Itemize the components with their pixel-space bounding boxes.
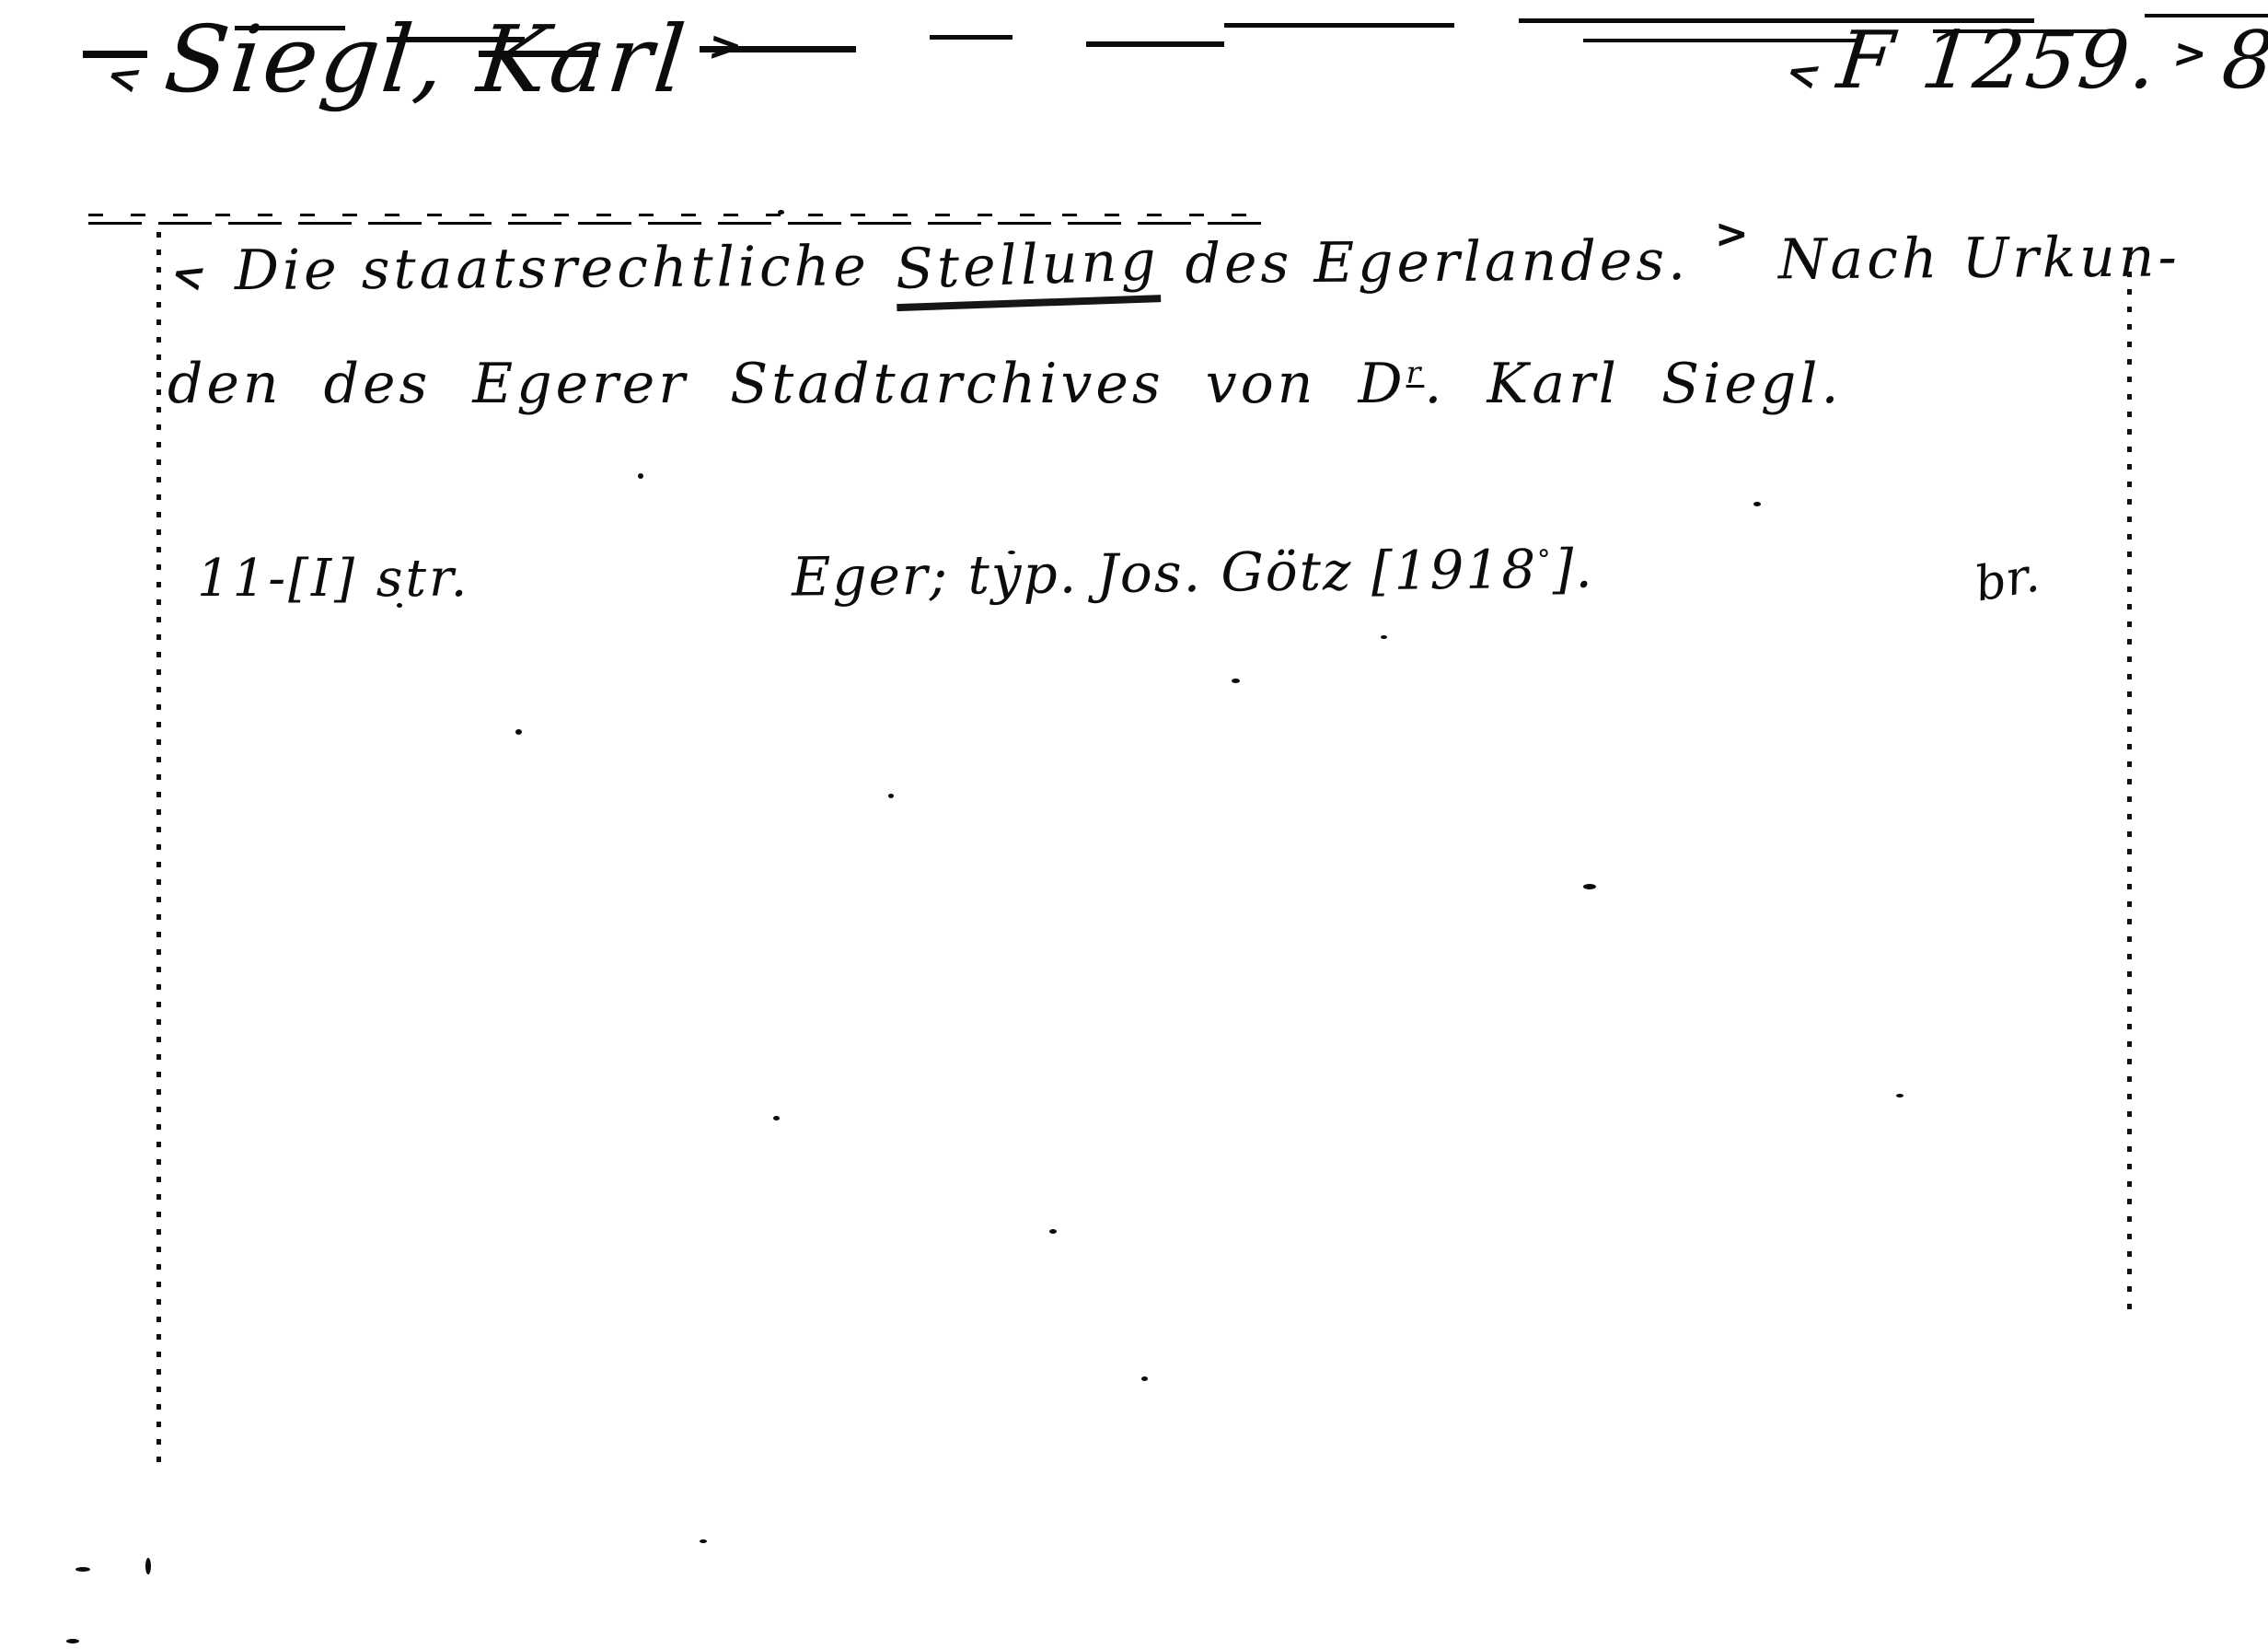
scan-artifact xyxy=(930,35,1012,40)
insertion-mark-open-icon: < xyxy=(167,252,213,300)
title-text: Die staatsrechtliche xyxy=(235,234,870,303)
collation-extent: 11-[I] str. xyxy=(197,549,469,609)
title-text: des Egerlandes. xyxy=(1185,228,1689,296)
format-statement: 8°. ° xyxy=(2218,15,2268,107)
scan-artifact xyxy=(1086,41,1224,47)
shelfmark-number: F 1259. xyxy=(1834,15,2163,107)
shelfmark: < F 1259. > 8°. ° xyxy=(1783,15,2268,107)
insertion-mark-close-icon: > xyxy=(2171,34,2211,75)
format-text: 8°. xyxy=(2218,15,2268,107)
ink-speck xyxy=(145,1558,151,1574)
ink-speck xyxy=(1141,1376,1148,1381)
ink-speck xyxy=(1232,679,1240,683)
scan-artifact xyxy=(1224,23,1454,28)
ink-speck xyxy=(66,1639,79,1643)
insertion-mark-close-icon: > xyxy=(1715,215,1753,255)
ink-speck xyxy=(888,794,894,798)
imprint-superscript: ° xyxy=(1537,544,1553,575)
imprint: Eger; typ. Jos. Götz [1918°]. xyxy=(792,537,1594,608)
rule-dash-bottom xyxy=(88,222,1272,225)
ink-speck xyxy=(773,1116,780,1121)
title-line-2: den des Egerer Stadtarchives von Dr. Kar… xyxy=(168,352,1843,416)
ink-speck xyxy=(1381,635,1387,639)
ink-speck xyxy=(1896,1094,1903,1097)
superscript-r: r xyxy=(1406,354,1425,390)
title-text: den des Egerer Stadtarchives von D xyxy=(168,352,1406,416)
ink-speck xyxy=(700,1539,707,1543)
ink-speck xyxy=(1008,551,1015,554)
catalog-card: < Siegl, Karl > < F 1259. > 8°. ° < Die … xyxy=(0,0,2268,1649)
insertion-mark-open-icon: < xyxy=(100,54,149,102)
heading-row: < Siegl, Karl > xyxy=(103,6,749,113)
ink-speck xyxy=(1583,884,1596,889)
ink-speck xyxy=(638,473,643,479)
title-line-1: < Die staatsrechtliche Stellung des Eger… xyxy=(171,225,2181,312)
title-text: . Karl Siegl. xyxy=(1424,352,1842,416)
heading-rule xyxy=(88,214,1272,225)
ink-speck xyxy=(778,210,784,215)
rule-dash-top xyxy=(88,214,1272,216)
author-heading: Siegl, Karl xyxy=(160,6,693,113)
right-margin-dotted-line xyxy=(2127,254,2132,1315)
title-underlined-word: Stellung xyxy=(894,228,1160,311)
insertion-mark-close-icon: > xyxy=(706,27,746,67)
ink-speck xyxy=(1753,502,1761,506)
ink-speck xyxy=(75,1567,90,1572)
imprint-text: ]. xyxy=(1552,537,1594,599)
imprint-text: Eger; typ. Jos. Götz [1918 xyxy=(792,538,1538,608)
ink-speck xyxy=(397,603,402,608)
title-text: Nach Urkun- xyxy=(1778,225,2181,292)
left-margin-dotted-line xyxy=(156,232,161,1470)
binding-note: br. xyxy=(1971,547,2042,612)
insertion-mark-open-icon: < xyxy=(1780,51,1828,99)
ink-speck xyxy=(515,729,522,735)
ink-speck xyxy=(1049,1229,1057,1234)
